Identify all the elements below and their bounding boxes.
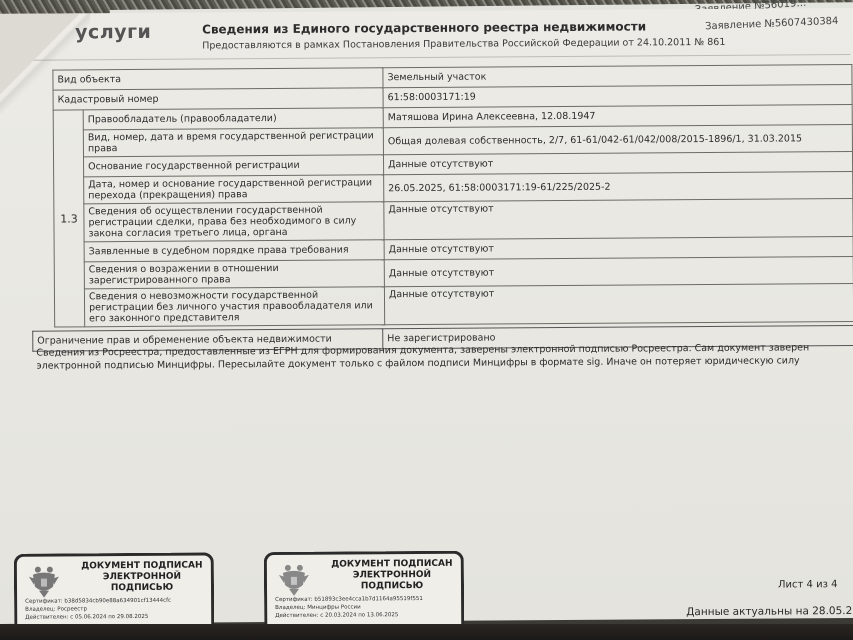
row-value: 26.05.2025, 61:58:0003171:19-61/225/2025… — [384, 171, 853, 201]
stamp-details: Сертификат: b38d5834cb90e88a634901cf1344… — [25, 596, 215, 621]
egrn-info-table: Вид объекта Земельный участок Кадастровы… — [52, 64, 853, 328]
row-value: Общая долевая собственность, 2/7, 61-61/… — [383, 124, 852, 154]
stamp-validity: Действителен: с 20.03.2024 по 13.06.2025 — [275, 611, 465, 620]
row-label: Основание государственной регистрации — [83, 155, 383, 177]
application-number: Заявление №5607430384 — [705, 16, 839, 33]
row-value: Данные отсутствуют — [384, 256, 853, 286]
document-sheet: услуги Сведения из Единого государственн… — [0, 8, 853, 624]
row-label: Сведения об осуществлении государственно… — [84, 202, 384, 242]
stamp-title: ДОКУМЕНТ ПОДПИСАН ЭЛЕКТРОННОЙ ПОДПИСЬЮ — [67, 560, 217, 594]
row-label: Сведения о возражении в отношении зареги… — [84, 260, 384, 289]
row-value: Данные отсутствуют — [384, 198, 853, 239]
document-title: Сведения из Единого государственного рее… — [202, 19, 646, 36]
cadastral-number-label: Кадастровый номер — [53, 88, 383, 110]
row-value: Данные отсутствуют — [384, 283, 853, 324]
sheet-number: Лист 4 из 4 — [778, 579, 837, 590]
coat-of-arms-icon — [279, 563, 309, 597]
signature-stamp-rosreestr: ДОКУМЕНТ ПОДПИСАН ЭЛЕКТРОННОЙ ПОДПИСЬЮ С… — [14, 552, 215, 633]
stamp-title-line: ПОДПИСЬЮ — [67, 582, 217, 594]
signature-note: Сведения из Росреестра, предоставленные … — [36, 341, 853, 373]
stamp-validity: Действителен: с 05.06.2024 по 29.08.2025 — [25, 612, 215, 621]
table-row: Сведения об осуществлении государственно… — [54, 198, 853, 242]
section-number: 1.3 — [53, 110, 85, 327]
folded-corner — [0, 13, 81, 104]
coat-of-arms-icon — [29, 565, 59, 599]
row-label: Вид, номер, дата и время государственной… — [83, 128, 383, 157]
stamp-title-line: ДОКУМЕНТ ПОДПИСАН — [67, 560, 217, 572]
stamp-title-line: ПОДПИСЬЮ — [317, 581, 467, 593]
signature-stamp-mintsifry: ДОКУМЕНТ ПОДПИСАН ЭЛЕКТРОННОЙ ПОДПИСЬЮ С… — [264, 551, 465, 632]
document-subtitle: Предоставляются в рамках Постановления П… — [202, 37, 725, 52]
object-type-label: Вид объекта — [53, 68, 383, 90]
row-label: Дата, номер и основание государственной … — [84, 175, 384, 204]
row-label: Заявленные в судебном порядке права треб… — [84, 240, 384, 262]
header-divider — [30, 54, 850, 61]
background-surface-bottom — [0, 624, 853, 640]
data-actual-date: Данные актуальны на 28.05.2025 — [686, 605, 853, 618]
stamp-title-line: ДОКУМЕНТ ПОДПИСАН — [317, 559, 467, 571]
table-row: Сведения о невозможности государственной… — [54, 283, 853, 327]
row-label: Правообладатель (правообладатели) — [83, 108, 383, 130]
row-label: Сведения о невозможности государственной… — [84, 287, 384, 327]
stamp-details: Сертификат: b51893c3ee4cca1b7d1164a95519… — [275, 595, 465, 620]
stamp-title: ДОКУМЕНТ ПОДПИСАН ЭЛЕКТРОННОЙ ПОДПИСЬЮ — [317, 559, 467, 593]
